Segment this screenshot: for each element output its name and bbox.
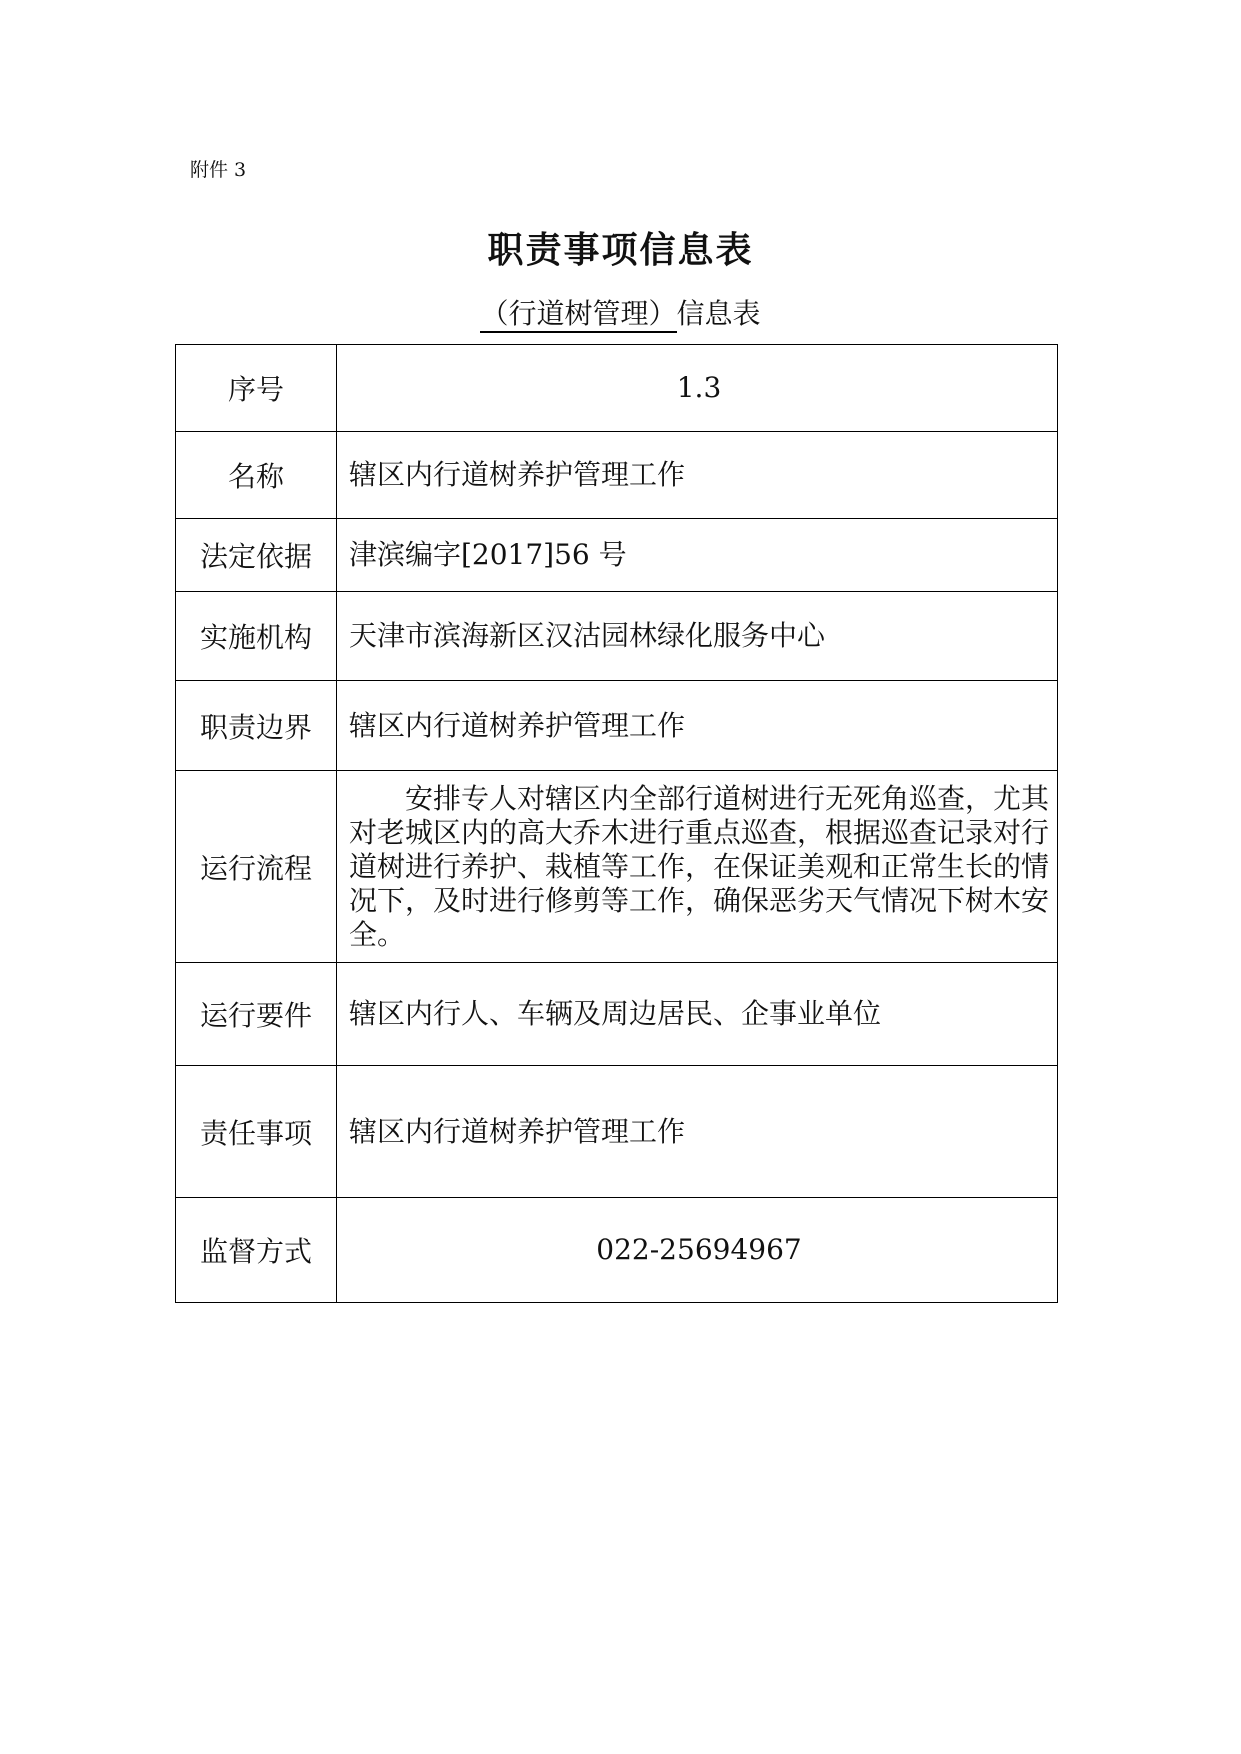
table-row-responsibility: 责任事项 辖区内行道树养护管理工作	[176, 1066, 1058, 1198]
info-table: 序号 1.3 名称 辖区内行道树养护管理工作 法定依据 津滨编字[2017]56…	[175, 344, 1058, 1303]
row-label: 监督方式	[176, 1198, 337, 1303]
document-title: 职责事项信息表	[0, 222, 1241, 273]
row-value: 天津市滨海新区汉沽园林绿化服务中心	[337, 592, 1058, 681]
row-value: 安排专人对辖区内全部行道树进行无死角巡查，尤其对老城区内的高大乔木进行重点巡查，…	[337, 771, 1058, 963]
row-value: 辖区内行道树养护管理工作	[337, 432, 1058, 519]
subtitle-suffix: 信息表	[677, 297, 761, 330]
attachment-label: 附件 3	[190, 155, 246, 182]
row-label: 职责边界	[176, 681, 337, 771]
row-label: 运行要件	[176, 963, 337, 1066]
row-label: 名称	[176, 432, 337, 519]
row-value: 辖区内行道树养护管理工作	[337, 1066, 1058, 1198]
table-row-name: 名称 辖区内行道树养护管理工作	[176, 432, 1058, 519]
document-subtitle: （行道树管理）信息表	[0, 292, 1241, 332]
row-label: 序号	[176, 345, 337, 432]
subtitle-topic: （行道树管理）	[480, 297, 676, 333]
row-value: 辖区内行道树养护管理工作	[337, 681, 1058, 771]
row-value: 1.3	[337, 345, 1058, 432]
row-label: 实施机构	[176, 592, 337, 681]
table-row-supervision: 监督方式 022-25694967	[176, 1198, 1058, 1303]
row-label: 运行流程	[176, 771, 337, 963]
table-row-legal-basis: 法定依据 津滨编字[2017]56 号	[176, 519, 1058, 592]
row-label: 责任事项	[176, 1066, 337, 1198]
table-row-agency: 实施机构 天津市滨海新区汉沽园林绿化服务中心	[176, 592, 1058, 681]
row-value: 辖区内行人、车辆及周边居民、企事业单位	[337, 963, 1058, 1066]
table-row-boundary: 职责边界 辖区内行道树养护管理工作	[176, 681, 1058, 771]
table-row-serial: 序号 1.3	[176, 345, 1058, 432]
row-value: 津滨编字[2017]56 号	[337, 519, 1058, 592]
table-row-process: 运行流程 安排专人对辖区内全部行道树进行无死角巡查，尤其对老城区内的高大乔木进行…	[176, 771, 1058, 963]
table-row-requirements: 运行要件 辖区内行人、车辆及周边居民、企事业单位	[176, 963, 1058, 1066]
row-value: 022-25694967	[337, 1198, 1058, 1303]
row-label: 法定依据	[176, 519, 337, 592]
